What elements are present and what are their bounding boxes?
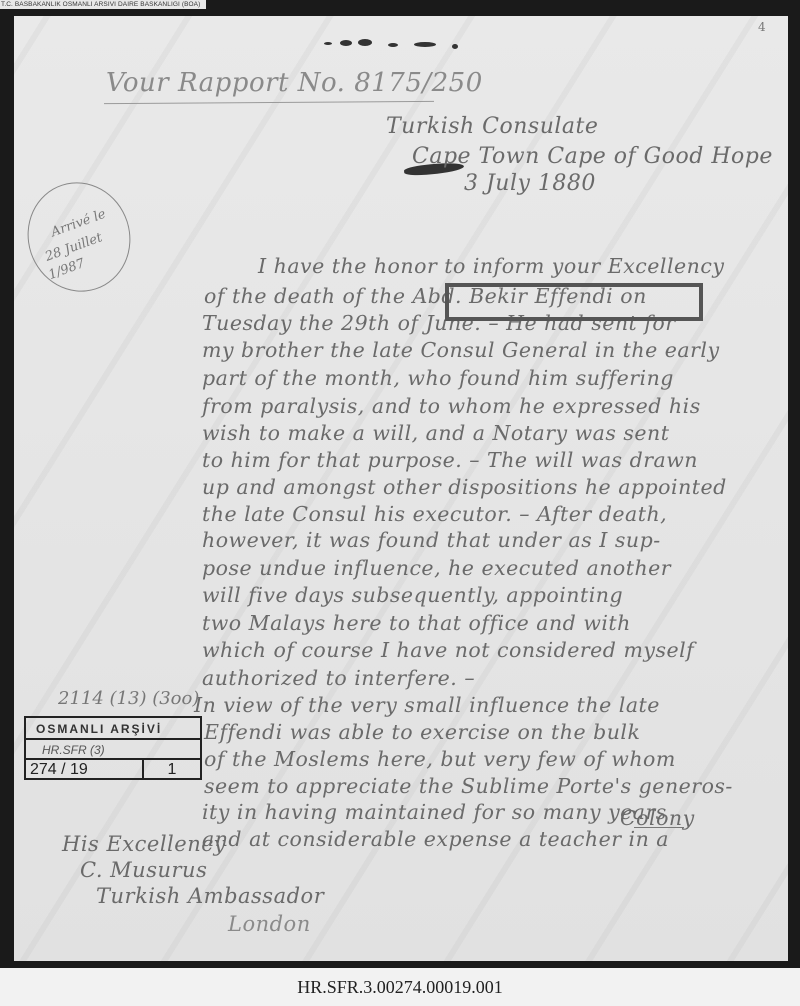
- pencil-note: 2114 (13) (3oo): [58, 688, 199, 709]
- addressee-line: C. Musurus: [80, 858, 207, 882]
- letter-line: In view of the very small influence the …: [194, 693, 660, 717]
- letter-line: which of course I have not considered my…: [202, 638, 694, 662]
- ink-blot: [324, 36, 464, 50]
- archive-stamp-dossier: 274 / 19: [26, 760, 144, 780]
- colony-underline: [634, 827, 684, 828]
- addressee-line: London: [228, 912, 311, 936]
- letterhead-consulate: Turkish Consulate: [386, 114, 598, 139]
- letter-line: wish to make a will, and a Notary was se…: [202, 421, 670, 445]
- report-reference: Vour Rapport No. 8175/250: [106, 68, 483, 98]
- letter-line: Effendi was able to exercise on the bulk: [204, 720, 640, 744]
- letter-line: will five days subsequently, appointing: [202, 583, 623, 607]
- letterhead-date: 3 July 1880: [464, 171, 596, 196]
- letter-line: my brother the late Consul General in th…: [202, 338, 720, 362]
- archive-stamp: OSMANLI ARŞİVİ HR.SFR (3) 274 / 19 1: [24, 716, 202, 780]
- letter-line: I have the honor to inform your Excellen…: [258, 254, 724, 278]
- archive-header: T.C. BASBAKANLIK OSMANLI ARSIVI DAIRE BA…: [0, 0, 206, 9]
- catalog-code: HR.SFR.3.00274.00019.001: [0, 977, 800, 998]
- letter-line: however, it was found that under as I su…: [202, 528, 661, 552]
- page-number: 4: [758, 20, 766, 34]
- letter-line: two Malays here to that office and with: [202, 611, 631, 635]
- letterhead-place: Cape Town Cape of Good Hope: [412, 144, 773, 169]
- letter-line: from paralysis, and to whom he expressed…: [202, 394, 701, 418]
- letter-line: to him for that purpose. – The will was …: [202, 448, 698, 472]
- letter-line: authorized to interfere. –: [202, 666, 475, 690]
- addressee-line: His Excellency: [62, 832, 226, 856]
- letter-line: seem to appreciate the Sublime Porte's g…: [204, 774, 733, 798]
- archive-stamp-collection: HR.SFR (3): [26, 740, 200, 760]
- archive-stamp-title: OSMANLI ARŞİVİ: [26, 718, 200, 740]
- document-page: 4 Vour Rapport No. 8175/250 Turkish Cons…: [14, 16, 788, 961]
- letter-line: part of the month, who found him sufferi…: [202, 366, 674, 390]
- letter-line: and at considerable expense a teacher in…: [202, 827, 669, 851]
- letter-line: the late Consul his executor. – After de…: [202, 502, 667, 526]
- reference-underline: [104, 101, 434, 104]
- letter-line: ity in having maintained for so many yea…: [202, 800, 667, 824]
- archive-stamp-item: 1: [144, 760, 200, 780]
- addressee-line: Turkish Ambassador: [96, 884, 324, 908]
- highlighted-name-box[interactable]: [445, 283, 703, 321]
- letter-line: of the Moslems here, but very few of who…: [204, 747, 676, 771]
- letter-line: up and amongst other dispositions he app…: [202, 475, 727, 499]
- letter-line: pose undue influence, he executed anothe…: [202, 556, 671, 580]
